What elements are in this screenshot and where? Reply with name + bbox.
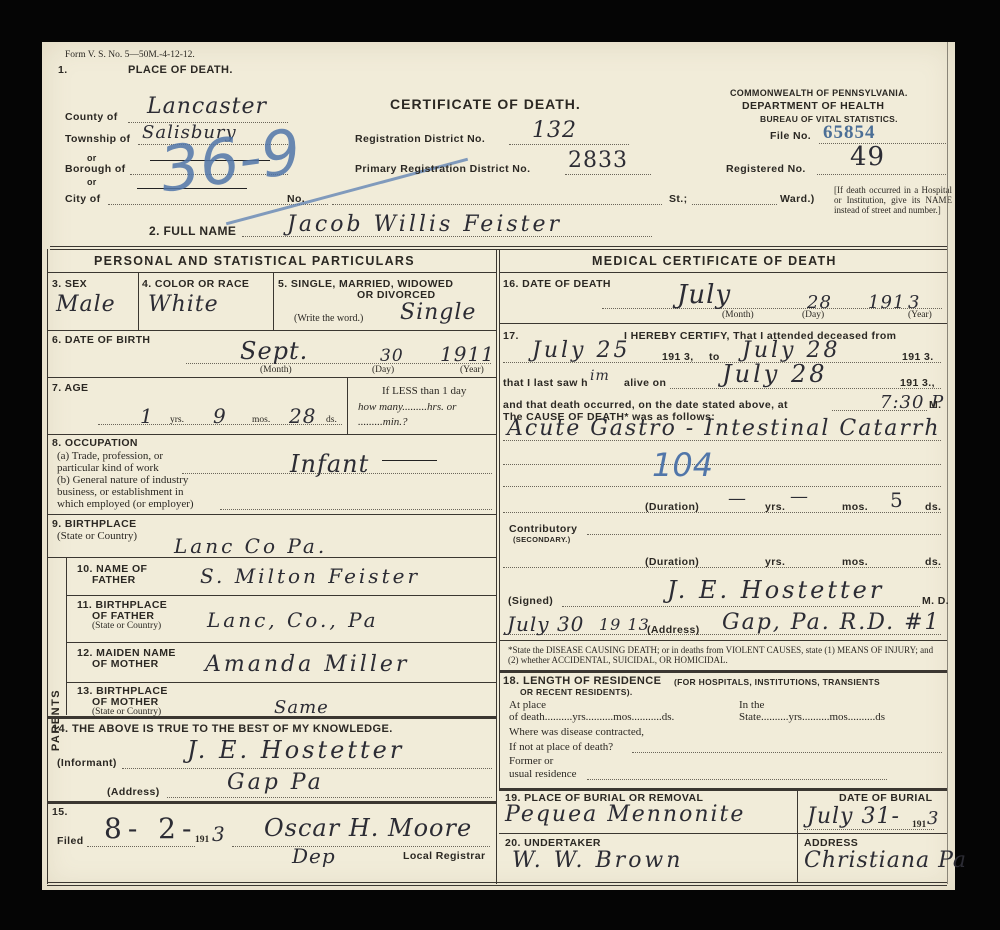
date-of-death-month: July <box>677 280 731 310</box>
duration-label: (Duration) <box>645 501 699 513</box>
secondary-label: (SECONDARY.) <box>513 535 571 544</box>
physician-address-label: (Address) <box>647 624 700 636</box>
or-separator: or <box>87 153 97 163</box>
duration-months-value: — <box>790 486 809 507</box>
county-value: Lancaster <box>147 94 267 119</box>
less-than-day-hours: how many.........hrs. or <box>358 401 456 413</box>
days-unit: ds. <box>925 556 941 568</box>
date-of-death-year-prefix: 191 <box>868 292 905 313</box>
file-number-label: File No. <box>770 130 811 142</box>
occupation-b-label-2: business, or establishment in <box>57 486 184 498</box>
state-or-country-hint: (State or Country) <box>57 530 137 542</box>
occupation-a-label: (a) Trade, profession, or <box>57 450 163 462</box>
residence-heading-note: (FOR HOSPITALS, INSTITUTIONS, TRANSIENTS <box>674 677 880 687</box>
occupation-value: Infant <box>290 450 369 478</box>
filed-label: Filed <box>57 835 84 847</box>
attended-to-year: 191 3. <box>902 351 934 363</box>
file-number-value: 65854 <box>823 122 876 144</box>
contributory-label: Contributory <box>509 523 577 535</box>
registered-number-label: Registered No. <box>726 163 806 175</box>
borough-label: Borough of <box>65 163 126 175</box>
informant-label: (Informant) <box>57 757 117 769</box>
burial-year-value: 3 <box>927 808 939 829</box>
date-of-birth-label: 6. DATE OF BIRTH <box>52 334 150 346</box>
parents-side-label: PARENTS <box>50 620 64 720</box>
occupation-a-label-2: particular kind of work <box>57 462 159 474</box>
race-label: 4. COLOR OR RACE <box>142 278 249 290</box>
occupation-b-label: (b) General nature of industry <box>57 474 188 486</box>
occupation-label: 8. OCCUPATION <box>52 437 138 449</box>
less-than-day-text: If LESS than 1 day <box>382 385 466 397</box>
month-caption: (Month) <box>722 310 754 320</box>
months-unit: mos. <box>842 501 868 513</box>
date-of-birth-year: 1911 <box>440 342 495 366</box>
certificate-title: CERTIFICATE OF DEATH. <box>390 96 581 112</box>
date-of-death-label: 16. DATE OF DEATH <box>503 278 611 290</box>
year-caption: (Year) <box>460 365 484 375</box>
less-than-day-minutes: .........min.? <box>358 416 408 428</box>
year-caption: (Year) <box>908 310 932 320</box>
signed-year: 19 13 <box>599 615 650 634</box>
former-residence-label: Former or <box>509 755 553 767</box>
month-caption: (Month) <box>260 365 292 375</box>
cause-footnote: *State the DISEASE CAUSING DEATH; or in … <box>508 645 944 665</box>
informant-address-label: (Address) <box>107 786 160 798</box>
years-unit: yrs. <box>765 556 785 568</box>
burial-date-label: DATE OF BURIAL <box>839 792 932 804</box>
age-label: 7. AGE <box>52 382 88 394</box>
death-certificate: Form V. S. No. 5—50M.-4-12-12. 1. PLACE … <box>42 42 955 890</box>
mother-maiden-name-label-2: OF MOTHER <box>92 658 159 670</box>
contributory-duration-label: (Duration) <box>645 556 699 568</box>
marital-status-value: Single <box>400 300 476 325</box>
to-label: to <box>709 351 720 363</box>
issuer-department: DEPARTMENT OF HEALTH <box>742 100 884 112</box>
father-birthplace-value: Lanc, Co., Pa <box>207 608 379 632</box>
state-or-country-hint: (State or Country) <box>92 621 161 631</box>
at-place-duration: of death..........yrs..........mos......… <box>509 711 674 723</box>
race-value: White <box>148 292 219 317</box>
undertaker-address-value: Christiana Pa <box>804 848 967 873</box>
death-time-label: and that death occurred, on the date sta… <box>503 399 788 411</box>
undertaker-value: W. W. Brown <box>512 848 683 873</box>
local-registrar-signature: Oscar H. Moore <box>264 814 472 842</box>
informant-address-value: Gap Pa <box>227 770 324 795</box>
mother-maiden-name-value: Amanda Miller <box>205 652 409 677</box>
meridian-label: M. <box>929 399 941 411</box>
years-unit: yrs. <box>765 501 785 513</box>
alive-on-label: alive on <box>624 377 666 389</box>
sex-value: Male <box>56 292 116 317</box>
cause-of-death-code: 104 <box>652 446 713 484</box>
last-saw-label: that I last saw h <box>503 377 588 389</box>
burial-year-prefix: 191 <box>912 820 926 830</box>
filed-date-value: 8- 2- <box>104 812 197 845</box>
last-saw-year: 191 3., <box>900 377 935 389</box>
issuer-commonwealth: COMMONWEALTH OF PENNSYLVANIA. <box>730 88 908 98</box>
local-registrar-label: Local Registrar <box>403 850 485 862</box>
personal-section-heading: PERSONAL AND STATISTICAL PARTICULARS <box>94 254 415 268</box>
days-unit: ds. <box>925 501 941 513</box>
residence-heading: 18. LENGTH OF RESIDENCE <box>503 675 661 687</box>
ward-label: Ward.) <box>780 193 815 205</box>
mother-birthplace-value: Same <box>274 697 329 718</box>
registration-district-label: Registration District No. <box>355 133 485 145</box>
informant-heading: 14. THE ABOVE IS TRUE TO THE BEST OF MY … <box>52 723 393 735</box>
marital-status-hint: (Write the word.) <box>294 313 363 324</box>
city-label: City of <box>65 193 100 205</box>
residence-heading-note-2: OR RECENT RESIDENTS). <box>520 687 633 697</box>
filing-item-number: 15. <box>52 806 68 818</box>
date-of-birth-month: Sept. <box>240 337 308 365</box>
age-years-value: 1 <box>140 404 154 428</box>
or-separator: or <box>87 177 97 187</box>
item-number: 1. <box>58 64 68 76</box>
years-unit: yrs. <box>170 415 184 425</box>
months-unit: mos. <box>252 415 270 425</box>
cause-of-death-value: Acute Gastro - Intestinal Catarrh <box>507 416 941 441</box>
certification-item-number: 17. <box>503 330 519 342</box>
birthplace-label: 9. BIRTHPLACE <box>52 518 137 530</box>
attended-from-year: 191 3, <box>662 351 694 363</box>
former-residence-label-2: usual residence <box>509 768 577 780</box>
days-unit: ds. <box>326 415 337 425</box>
informant-value: J. E. Hostetter <box>187 736 404 764</box>
attended-from-date: July 25 <box>532 338 630 363</box>
filed-year-prefix: 191 <box>195 835 209 845</box>
age-months-value: 9 <box>213 404 227 428</box>
day-caption: (Day) <box>802 310 824 320</box>
day-caption: (Day) <box>372 365 394 375</box>
filed-year-value: 3 <box>212 822 226 846</box>
registered-number-value: 49 <box>850 142 885 172</box>
hospital-note: [If death occurred in a Hospital or Inst… <box>834 185 952 215</box>
disease-contracted-label-2: If not at place of death? <box>509 741 613 753</box>
age-days-value: 28 <box>289 404 316 428</box>
burial-place-value: Pequea Mennonite <box>505 802 745 827</box>
occupation-b-label-3: which employed (or employer) <box>57 498 194 510</box>
registrar-deputy-note: Dep <box>292 844 336 868</box>
duration-days-value: 5 <box>890 488 904 512</box>
signed-date: July 30 <box>507 612 584 636</box>
last-saw-date: July 28 <box>722 360 827 388</box>
township-label: Township of <box>65 133 130 145</box>
father-name-value: S. Milton Feister <box>200 564 420 588</box>
full-name-value: Jacob Willis Feister <box>287 212 562 237</box>
duration-years-value: — <box>728 488 747 509</box>
signed-label: (Signed) <box>508 595 553 607</box>
full-name-label: 2. FULL NAME <box>149 224 236 238</box>
birthplace-value: Lanc Co Pa. <box>174 534 327 558</box>
county-label: County of <box>65 111 118 123</box>
physician-address-value: Gap, Pa. R.D. #1 <box>722 610 941 635</box>
physician-signature: J. E. Hostetter <box>667 576 884 604</box>
medical-section-heading: MEDICAL CERTIFICATE OF DEATH <box>592 254 837 268</box>
in-state-label: In the <box>739 699 764 711</box>
father-name-label-2: FATHER <box>92 574 136 586</box>
form-number: Form V. S. No. 5—50M.-4-12-12. <box>65 50 195 60</box>
in-state-duration: State..........yrs..........mos.........… <box>739 711 885 723</box>
md-label: M. D. <box>922 595 949 607</box>
street-label: St.; <box>669 193 688 205</box>
primary-district-value: 2833 <box>568 148 628 173</box>
at-place-label: At place <box>509 699 546 711</box>
burial-date-value: July 31- <box>807 804 900 829</box>
primary-district-label: Primary Registration District No. <box>355 163 530 175</box>
months-unit: mos. <box>842 556 868 568</box>
sex-label: 3. SEX <box>52 278 87 290</box>
street-number-label: No. <box>287 193 305 205</box>
date-of-birth-day: 30 <box>380 346 404 366</box>
registration-district-value: 132 <box>532 118 577 143</box>
last-saw-pronoun: im <box>590 368 610 384</box>
place-of-death-heading: PLACE OF DEATH. <box>128 64 233 76</box>
disease-contracted-label: Where was disease contracted, <box>509 726 644 738</box>
